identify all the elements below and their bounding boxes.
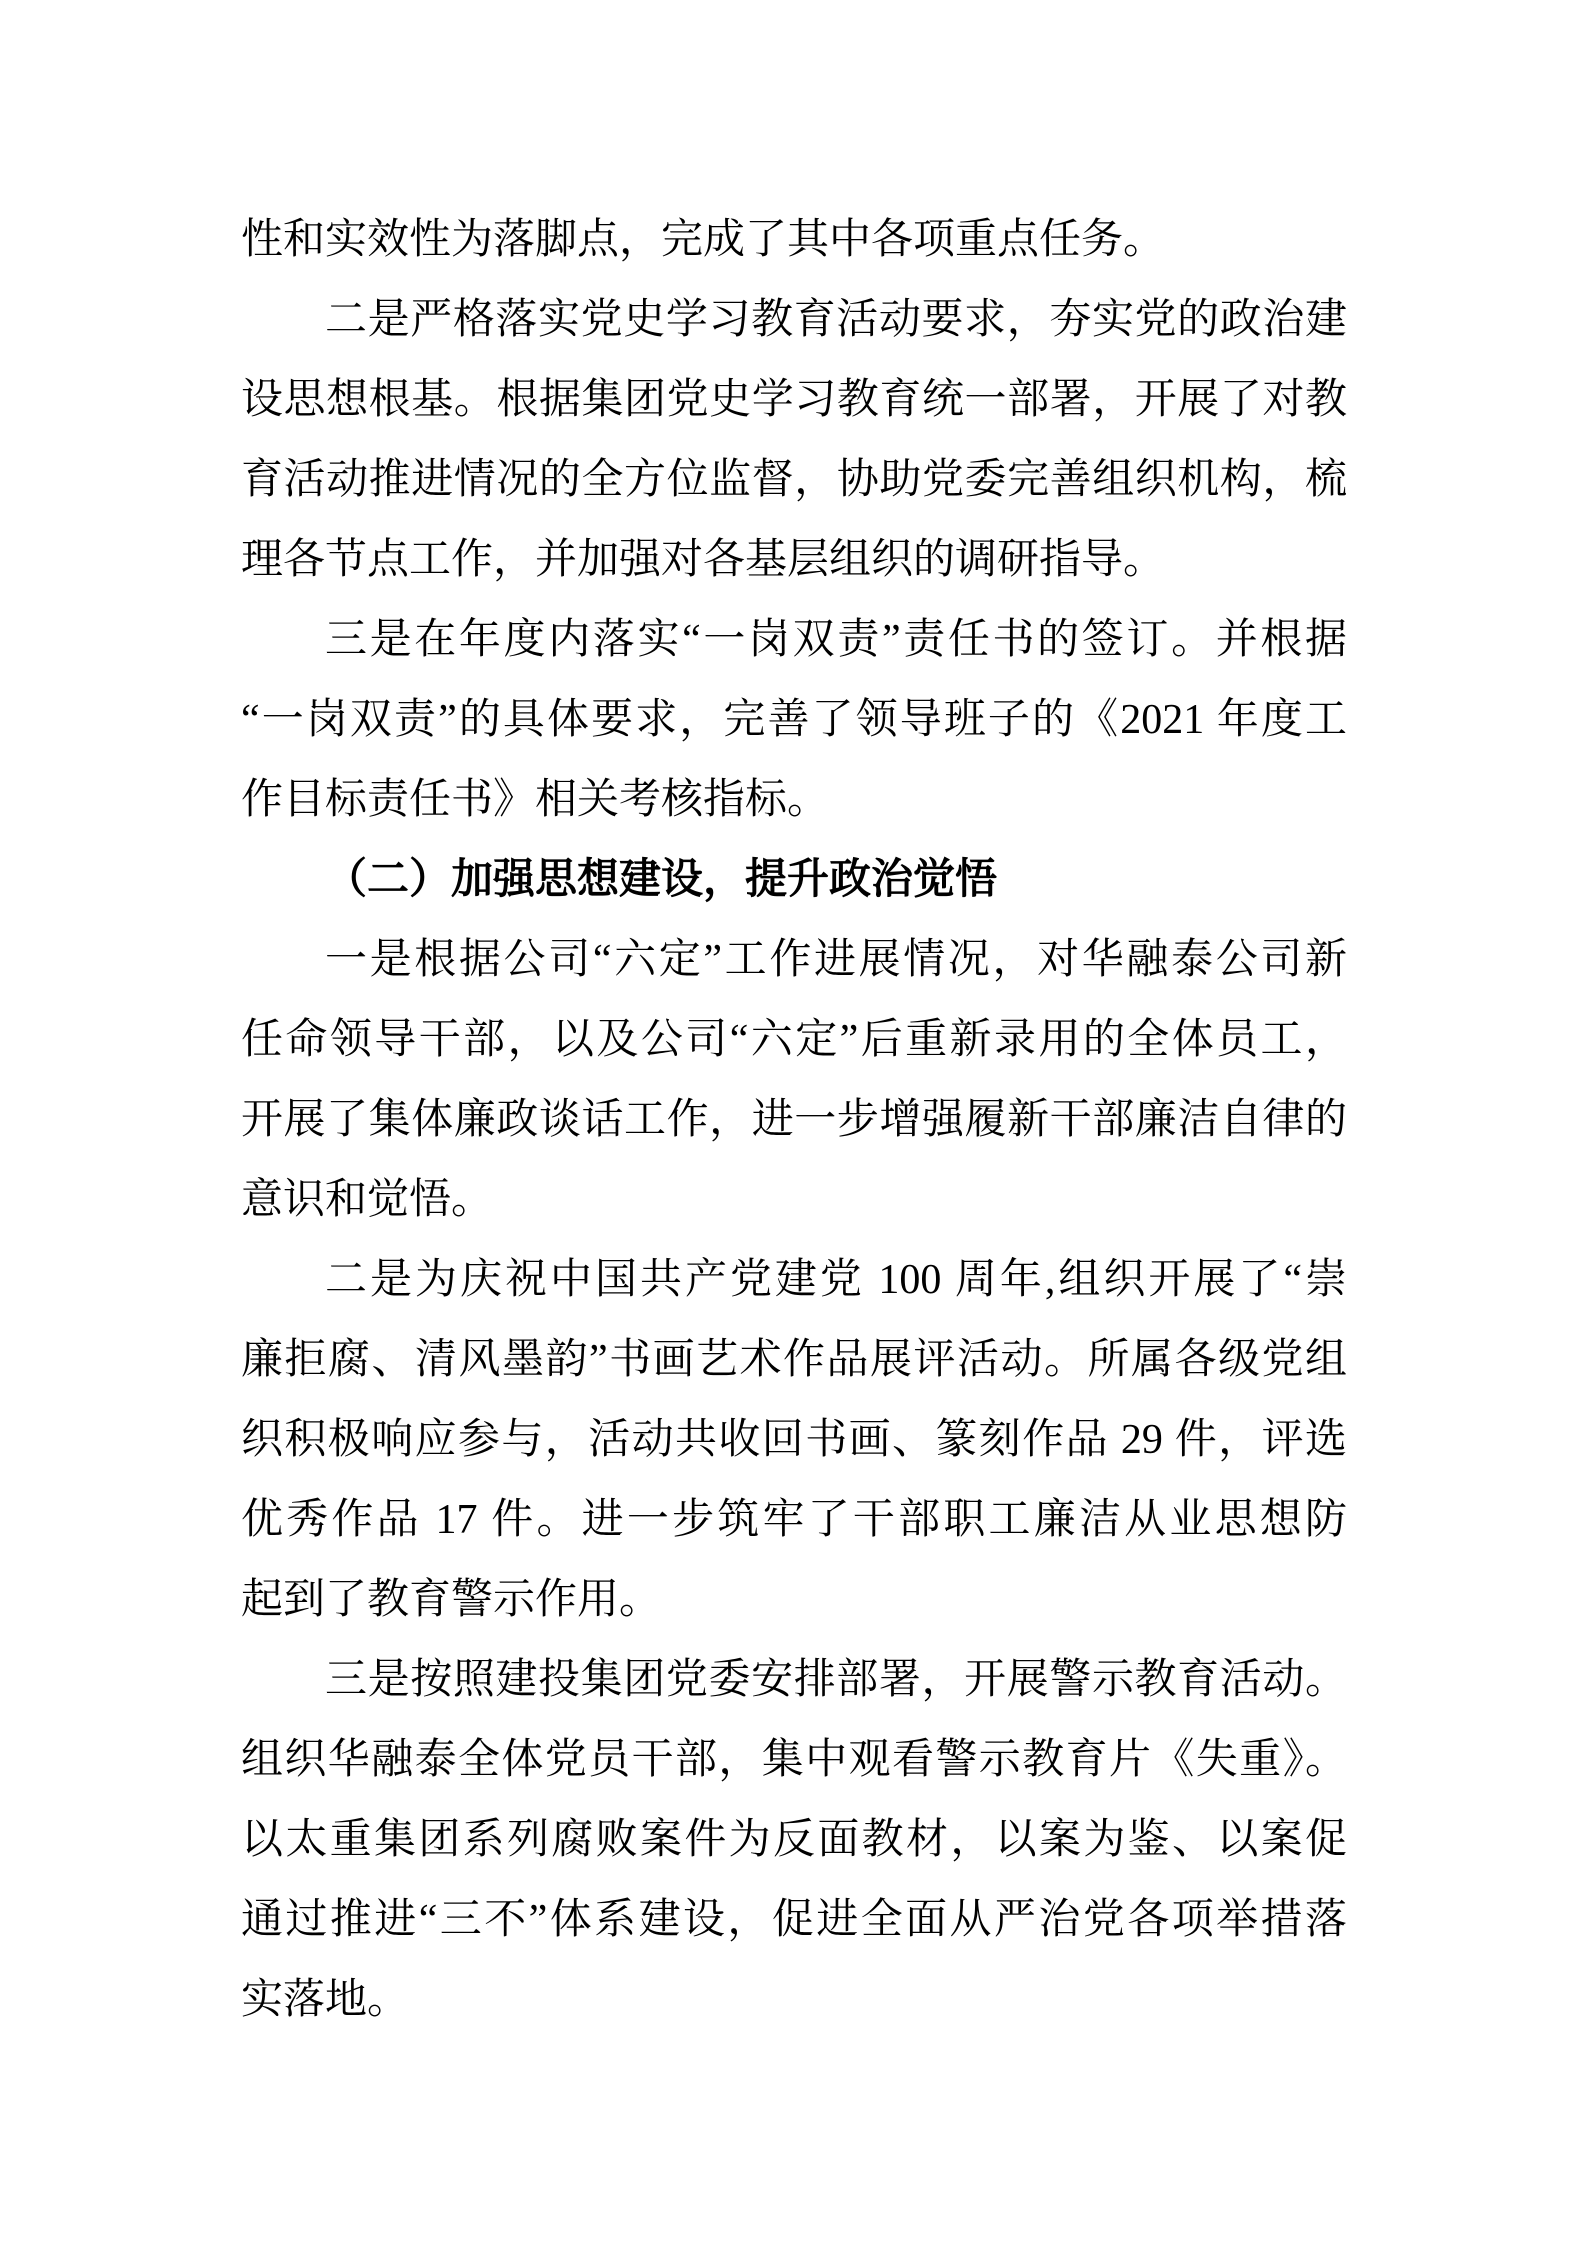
text-line: 三是在年度内落实“一岗双责”责任书的签订。并根据 (241, 600, 1347, 680)
text-line: 以太重集团系列腐败案件为反面教材，以案为鉴、以案促改， (241, 1800, 1347, 1880)
text-line: 起到了教育警示作用。 (241, 1560, 1347, 1640)
document-page: 性和实效性为落脚点，完成了其中各项重点任务。 二是严格落实党史学习教育活动要求，… (0, 0, 1587, 2245)
text-line: 性和实效性为落脚点，完成了其中各项重点任务。 (241, 200, 1347, 280)
text-line: 任命领导干部，以及公司“六定”后重新录用的全体员工， (241, 1000, 1347, 1080)
text-line: 织积极响应参与，活动共收回书画、篆刻作品 29 件，评选 (241, 1400, 1347, 1480)
text-line: 实落地。 (241, 1960, 1347, 2040)
section-heading: （二）加强思想建设，提升政治觉悟 (241, 840, 1347, 920)
text-line: 二是为庆祝中国共产党建党 100 周年,组织开展了“崇 (241, 1240, 1347, 1320)
text-line: 三是按照建投集团党委安排部署，开展警示教育活动。 (241, 1640, 1347, 1720)
document-text-block: 性和实效性为落脚点，完成了其中各项重点任务。 二是严格落实党史学习教育活动要求，… (241, 200, 1347, 2040)
text-line: 优秀作品 17 件。进一步筑牢了干部职工廉洁从业思想防线， (241, 1480, 1347, 1560)
text-line: 通过推进“三不”体系建设，促进全面从严治党各项举措落 (241, 1880, 1347, 1960)
text-line: 育活动推进情况的全方位监督，协助党委完善组织机构，梳 (241, 440, 1347, 520)
text-line: “一岗双责”的具体要求，完善了领导班子的《2021 年度工 (241, 680, 1347, 760)
text-line: 开展了集体廉政谈话工作，进一步增强履新干部廉洁自律的 (241, 1080, 1347, 1160)
text-line: 意识和觉悟。 (241, 1160, 1347, 1240)
text-line: 作目标责任书》相关考核指标。 (241, 760, 1347, 840)
text-line: 二是严格落实党史学习教育活动要求，夯实党的政治建 (241, 280, 1347, 360)
text-line: 廉拒腐、清风墨韵”书画艺术作品展评活动。所属各级党组 (241, 1320, 1347, 1400)
text-line: 组织华融泰全体党员干部，集中观看警示教育片《失重》。 (241, 1720, 1347, 1800)
text-line: 设思想根基。根据集团党史学习教育统一部署，开展了对教 (241, 360, 1347, 440)
text-line: 一是根据公司“六定”工作进展情况，对华融泰公司新 (241, 920, 1347, 1000)
text-line: 理各节点工作，并加强对各基层组织的调研指导。 (241, 520, 1347, 600)
